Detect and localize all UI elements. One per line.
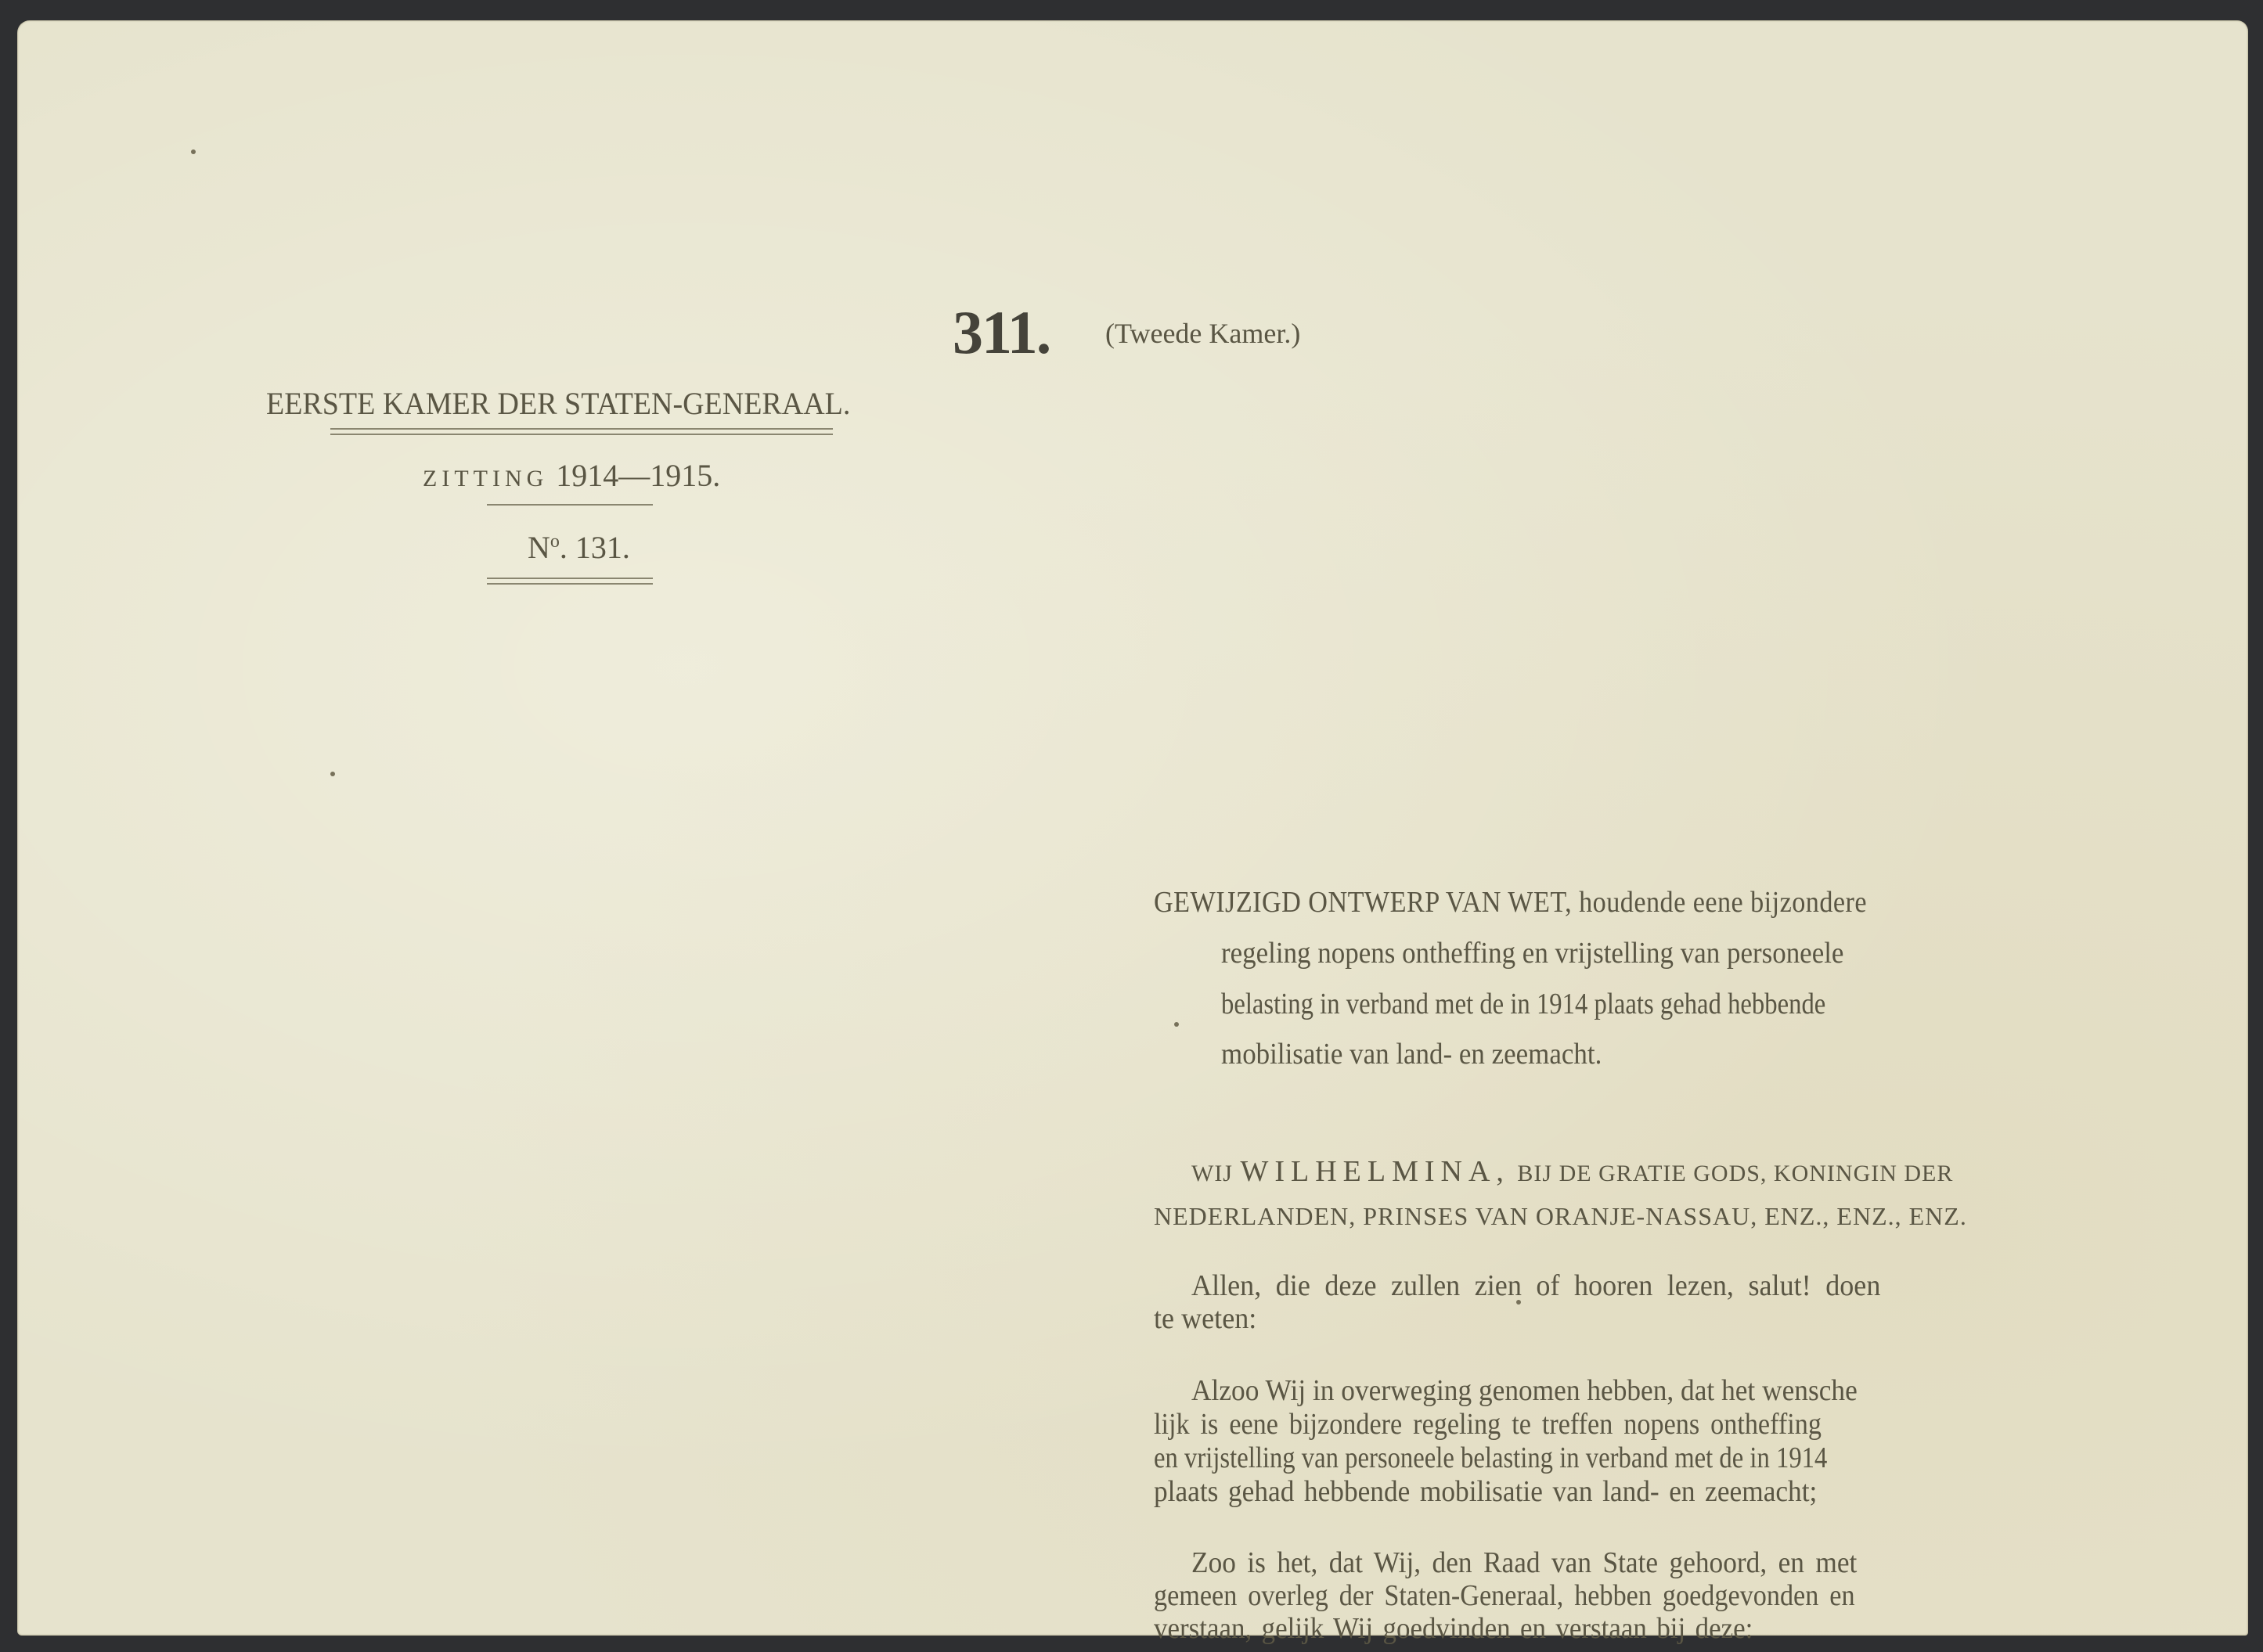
paragraph-2-line-2: lijk is eene bijzondere regeling te tref… bbox=[1154, 1409, 1822, 1439]
document-number: 311. bbox=[953, 302, 1050, 363]
preamble-line-2: Nederlanden, Prinses van Oranje-Nassau, … bbox=[1154, 1204, 1967, 1229]
monarch-name: WILHELMINA, bbox=[1240, 1155, 1509, 1188]
document-number-note: (Tweede Kamer.) bbox=[1105, 319, 1300, 347]
number-prefix: N bbox=[528, 530, 550, 565]
paragraph-3-line-3: verstaan, gelijk Wij goedvinden en verst… bbox=[1154, 1614, 1753, 1643]
bill-title-line-2: regeling nopens ontheffing en vrijstelli… bbox=[1221, 938, 1843, 968]
session-years: 1914—1915. bbox=[556, 458, 720, 493]
preamble-wij: Wij bbox=[1191, 1161, 1233, 1186]
divider-rule bbox=[487, 583, 653, 585]
paper-speck bbox=[330, 772, 335, 776]
paragraph-3-line-2: gemeen overleg der Staten-Generaal, hebb… bbox=[1154, 1581, 1855, 1611]
chamber-heading: EERSTE KAMER DER STATEN-GENERAAL. bbox=[266, 388, 850, 419]
number-superscript: o bbox=[550, 531, 560, 552]
paper-speck bbox=[1174, 1022, 1179, 1027]
paragraph-2-line-1: Alzoo Wij in overweging genomen hebben, … bbox=[1191, 1376, 1858, 1405]
preamble-title: bij de gratie Gods, Koningin der bbox=[1517, 1161, 1953, 1186]
paragraph-1-line-2: te weten: bbox=[1154, 1304, 1256, 1333]
document-sequence-number: No. 131. bbox=[528, 532, 630, 563]
paragraph-3-line-1: Zoo is het, dat Wij, den Raad van State … bbox=[1191, 1548, 1857, 1578]
divider-rule bbox=[487, 578, 653, 579]
bill-title-line-1: GEWIJZIGD ONTWERP VAN WET, houdende eene… bbox=[1154, 887, 1867, 917]
bill-title-line-4: mobilisatie van land- en zeemacht. bbox=[1221, 1039, 1602, 1069]
bill-title-line-3: belasting in verband met de in 1914 plaa… bbox=[1221, 989, 1825, 1019]
paper-speck bbox=[1516, 1300, 1521, 1305]
paper-speck bbox=[191, 149, 196, 154]
paragraph-2-line-4: plaats gehad hebbende mobilisatie van la… bbox=[1154, 1477, 1817, 1506]
paragraph-1-line-1: Allen, die deze zullen zien of hooren le… bbox=[1191, 1271, 1880, 1301]
divider-rule bbox=[330, 428, 833, 430]
paragraph-2-line-3: en vrijstelling van personeele belasting… bbox=[1154, 1443, 1827, 1473]
number-value: . 131. bbox=[560, 530, 630, 565]
session-label: Zitting bbox=[423, 466, 548, 491]
document-page: 311. (Tweede Kamer.) EERSTE KAMER DER ST… bbox=[17, 20, 2248, 1636]
session-line: Zitting 1914—1915. bbox=[423, 460, 720, 491]
preamble-line-1: Wij WILHELMINA, bij de gratie Gods, Koni… bbox=[1191, 1157, 1953, 1186]
divider-rule bbox=[330, 434, 833, 435]
divider-rule bbox=[487, 504, 653, 506]
